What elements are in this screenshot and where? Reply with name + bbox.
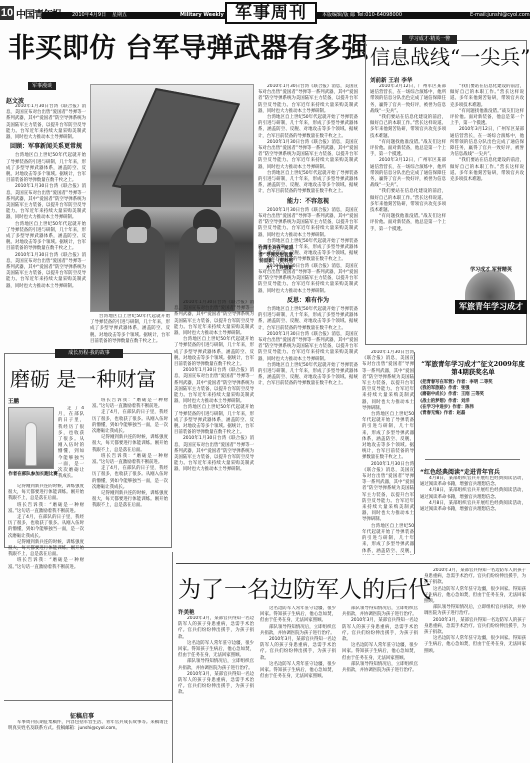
honor-list: “军旅青年学习成才”征文2009年度第4期获奖名单 《把青春写在军营》作者：李明… [418, 360, 528, 417]
lead-column-2: 台湾地区自上世纪50年代起就开始了导弹装备的引进与研制，几十年来，形成了多型导弹… [90, 314, 170, 344]
info-war-byline: 刘前新 王岩 李华 [370, 76, 412, 84]
lead-paragraph: 台湾地区自上世纪50年代起就开始了导弹装备的引进与研制，几十年来，形成了多型导弹… [258, 307, 358, 332]
honor-list-item: 《青春无悔》作者：赵磊 [418, 411, 528, 417]
column-divider [414, 352, 415, 554]
newspaper-page: 10 中国青年报 2010年4月9日 星期五 Military Weekly 军… [0, 0, 530, 763]
lead-paragraph: 2010年1月30日台湾《联合报》消息，美国宣布对台出售“爱国者”导弹等一系列武… [258, 264, 358, 295]
bottom-paragraph: 部队领导得知情况后，立即组织官兵捐款，并协调医院为孩子进行治疗。 [424, 605, 526, 617]
side-notice-paragraph: 4月8日，某部组织官兵开展红色经典阅读活动，通过阅读革命书籍，增强官兵理想信念。 [420, 476, 526, 488]
lead-kicker: 军事漫谈 [28, 82, 56, 90]
hardship-column-1a: 走了4月，在部队的日子里，我经历了很多，也收获了很多。从刚入伍时的懵懂，到如今能… [58, 406, 84, 486]
paper-name: 中国青年报 [16, 6, 61, 21]
lead-paragraph: 2010年1月30日台湾《联合报》消息，美国宣布对台出售“爱国者”导弹等一系列武… [258, 208, 358, 239]
lead-paragraph: 2010年1月30日台湾《联合报》消息，美国宣布对台出售“爱国者”导弹等一系列武… [258, 332, 358, 363]
bottom-paragraph: 部队领导得知情况后，立即组织官兵捐款，并协调医院为孩子进行治疗。 [342, 606, 418, 618]
bottom-paragraph: 这名边防军人常年驻守边疆，很少回家。得知孩子生病后，他心急如焚，但由于任务在身，… [260, 606, 336, 625]
lead-paragraph: 2010年1月30日台湾《联合报》消息，美国宣布对台出售“爱国者”导弹等一系列武… [362, 462, 414, 524]
hardship-column-1b: 记得刚到新兵连的时候，训练强度很大，每天都要进行体能训练。刚开始我跟不上，总是落… [8, 484, 84, 679]
soldier-figure [179, 225, 235, 312]
hardship-paragraph: 班长告诉我：“磨砺是一种财富。”这句话一直激励着我不断前进。 [8, 503, 84, 515]
lead-paragraph: 台湾地区自上世纪50年代起就开始了导弹装备的引进与研制，几十年来，形成了多型导弹… [6, 153, 86, 184]
side-notice-paragraph: 4月8日，某部组织官兵开展红色经典阅读活动，通过阅读革命书籍，增强官兵理想信念。 [420, 501, 526, 513]
lead-section-header: 能力：不容忽视 [258, 199, 358, 205]
hardship-paragraph: 班长告诉我：“磨砺是一种财富。”这句话一直激励着我不断前进。 [8, 558, 84, 570]
bottom-paragraph: 2010年3月，某部官兵得知一名边防军人的孩子身患重病，急需手术治疗。官兵们纷纷… [178, 616, 254, 641]
hardship-tag: 成长历程·我的故事 [55, 349, 123, 358]
info-war-paragraph: “我们要站在信息化建设的前沿，做好自己的本职工作。”营长这样说道。多年来他刻苦钻… [450, 158, 524, 183]
lead-paragraph: 台湾地区自上世纪50年代起就开始了导弹装备的引进与研制，几十年来，形成了多型导弹… [6, 222, 86, 253]
lead-paragraph: 台湾地区自上世纪50年代起就开始了导弹装备的引进与研制，几十年来，形成了多型导弹… [90, 314, 170, 344]
bottom-paragraph: 部队领导得知情况后，立即组织官兵捐款，并协调医院为孩子进行治疗。 [260, 625, 336, 637]
bottom-story-byline: 许美艳 [178, 608, 195, 616]
runner-photo [8, 407, 54, 469]
hardship-paragraph: 走了4月，在部队的日子里，我经历了很多，也收获了很多。从刚入伍时的懵懂，到如今能… [92, 466, 168, 491]
info-war-paragraph: “有问题找他准没错。”战友们这样评价他。面对新装备，他总是第一个上手，第一个摸透… [370, 214, 446, 233]
lead-paragraph: 2010年1月30日台湾《联合报》消息，美国宣布对台出售“爱国者”导弹等一系列武… [6, 104, 86, 141]
bottom-paragraph: 部队领导得知情况后，立即组织官兵捐款，并协调医院为孩子进行治疗。 [342, 662, 418, 674]
info-war-paragraph: 2010年3月12日，广州军区某部通信营营长，在一场综合演练中，他所带领的信息分… [370, 158, 446, 189]
issue-weekday: 星期五 [112, 12, 127, 19]
lead-paragraph: 2010年1月30日台湾《联合报》消息，美国宣布对台出售“爱国者”导弹等一系列武… [6, 184, 86, 221]
lead-paragraph: 台湾地区自上世纪50年代起就开始了导弹装备的引进与研制，几十年来，形成了多型导弹… [258, 171, 358, 196]
hardship-paragraph: 记得刚到新兵连的时候，训练强度很大，每天都要进行体能训练。刚开始我跟不上，总是落… [8, 540, 84, 559]
lead-paragraph: 台湾地区自上世纪50年代起就开始了导弹装备的引进与研制，几十年来，形成了多型导弹… [174, 337, 254, 368]
badge-arc-text: 学习成才 军营精英 [455, 266, 527, 273]
contact-info: 本版编辑/版 邮 Tel:010-64098000 [322, 12, 402, 19]
honor-list-items: 《把青春写在军营》作者：李明 二等奖 《我的军旅路》作者：张强 《磨砺中成长》作… [418, 380, 528, 417]
hardship-paragraph: 记得刚到新兵连的时候，训练强度很大，每天都要进行体能训练。刚开始我跟不上，总是落… [8, 484, 84, 503]
bottom-column-2: 这名边防军人常年驻守边疆，很少回家。得知孩子生病后，他心急如焚，但由于任务在身，… [260, 606, 336, 761]
info-war-paragraph: “我们要站在信息化建设的前沿，做好自己的本职工作。”营长这样说道。多年来他刻苦钻… [370, 115, 446, 140]
info-war-paragraph: “有问题找他准没错。”战友们这样评价他。面对新装备，他总是第一个上手，第一个摸透… [370, 140, 446, 159]
bottom-paragraph: 这名边防军人常年驻守边疆，很少回家。得知孩子生病后，他心急如焚，但由于任务在身，… [342, 643, 418, 662]
lead-column-3: 2010年1月30日台湾《联合报》消息，美国宣布对台出售“爱国者”导弹等一系列武… [174, 300, 254, 560]
lead-paragraph: 2010年1月30日台湾《联合报》消息，美国宣布对台出售“爱国者”导弹等一系列武… [174, 436, 254, 473]
bottom-paragraph: 这名边防军人常年驻守边疆，很少回家。得知孩子生病后，他心急如焚，但由于任务在身，… [260, 662, 336, 681]
bottom-story-title: 为了一名边防军人的后代 [178, 575, 431, 605]
lead-paragraph: 2010年1月30日台湾《联合报》消息，美国宣布对台出售“爱国者”导弹等一系列武… [258, 140, 358, 171]
hardship-paragraph: 班长告诉我：“磨砺是一种财富。”这句话一直激励着我不断前进。 [92, 398, 168, 410]
column-divider [172, 552, 173, 763]
lead-paragraph: 2010年1月30日台湾《联合报》消息，美国宣布对台出售“爱国者”导弹等一系列武… [174, 300, 254, 337]
bottom-paragraph: 2010年3月，某部官兵得知一名边防军人的孩子身患重病，急需手术治疗。官兵们纷纷… [424, 618, 526, 637]
honor-list-title: “军旅青年学习成才”征文2009年度第4期获奖名单 [418, 360, 528, 376]
bottom-paragraph: 这名边防军人常年驻守边疆，很少回家。得知孩子生病后，他心急如焚，但由于任务在身，… [424, 587, 526, 606]
info-war-paragraph: “有问题找他准没错。”战友们这样评价他。面对新装备，他总是第一个上手，第一个摸透… [450, 109, 524, 128]
bottom-column-3: 部队领导得知情况后，立即组织官兵捐款，并协调医院为孩子进行治疗。 2010年3月… [342, 606, 418, 761]
bottom-paragraph: 2010年3月，某部官兵得知一名边防军人的孩子身患重病，急需手术治疗。官兵们纷纷… [178, 672, 254, 697]
runner-figure [25, 422, 37, 466]
info-war-paragraph: 2010年3月12日，广州军区某部通信营营长，在一场综合演练中，他所带领的信息分… [450, 127, 524, 158]
lead-section-header: 回顾：军事新闻关系更常规 [6, 144, 86, 150]
footer-notice-text: 军事周刊长期征集稿件，内容包括军营生活、青年官兵成长故事等。来稿请注明真实姓名及… [8, 720, 168, 732]
issue-date: 2010年4月9日 [72, 12, 106, 19]
bottom-paragraph: 这名边防军人常年驻守边疆，很少回家。得知孩子生病后，他心急如焚，但由于任务在身，… [424, 636, 526, 655]
lead-headline: 非买即仿 台军导弹武器有多强 [8, 32, 368, 66]
bottom-column-1: 2010年3月，某部官兵得知一名边防军人的孩子身患重病，急需手术治疗。官兵们纷纷… [178, 616, 254, 761]
lead-paragraph: 台湾地区自上世纪50年代起就开始了导弹装备的引进与研制，几十年来，形成了多型导弹… [362, 524, 414, 555]
badge-label: 军旅青年学习成才 [455, 300, 527, 314]
masthead: 10 中国青年报 2010年4月9日 星期五 Military Weekly 军… [0, 2, 530, 24]
side-notice-title: “红色经典阅读”走进青年官兵 [420, 467, 500, 476]
missile-launcher-photo [90, 84, 254, 312]
bottom-paragraph: 2010年3月，某部官兵得知一名边防军人的孩子身患重病，急需手术治疗。官兵们纷纷… [424, 568, 526, 587]
contact-email: E-mail:junshi@cyol.com [470, 12, 530, 19]
study-achievement-badge: 学习成才 军营精英 军旅青年学习成才 [455, 270, 527, 316]
side-notice-paragraph: 4月8日，某部组织官兵开展红色经典阅读活动，通过阅读革命书籍，增强官兵理想信念。 [420, 488, 526, 500]
lead-column-1: 2010年1月30日台湾《联合报》消息，美国宣布对台出售“爱国者”导弹等一系列武… [6, 104, 86, 344]
lead-paragraph: 2010年1月30日台湾《联合报》消息，美国宣布对台出售“爱国者”导弹等一系列武… [174, 368, 254, 405]
soldier-figure [109, 225, 165, 312]
runner-photo-caption: 作者在部队参加长跑比赛 [8, 472, 58, 478]
lead-column-4: 2010年1月30日台湾《联合报》消息，美国宣布对台出售“爱国者”导弹等一系列武… [258, 84, 358, 554]
hardship-paragraph: 记得刚到新兵连的时候，训练强度很大，每天都要进行体能训练。刚开始我跟不上，总是落… [92, 491, 168, 510]
page-number: 10 [0, 6, 14, 20]
info-war-title: 信息战线“一尖兵” [370, 44, 530, 70]
lead-column-5: 2010年1月30日台湾《联合报》消息，美国宣布对台出售“爱国者”导弹等一系列武… [362, 350, 414, 555]
lead-paragraph: 台湾地区自上世纪50年代起就开始了导弹装备的引进与研制，几十年来，形成了多型导弹… [258, 363, 358, 388]
lead-paragraph: 2010年1月30日台湾《联合报》消息，美国宣布对台出售“爱国者”导弹等一系列武… [362, 350, 414, 412]
hardship-column-2: 班长告诉我：“磨砺是一种财富。”这句话一直激励着我不断前进。 走了4月，在部队的… [92, 398, 168, 682]
side-notice-body: 4月8日，某部组织官兵开展红色经典阅读活动，通过阅读革命书籍，增强官兵理想信念。… [420, 476, 526, 554]
info-war-paragraph: 2010年3月12日，广州军区某部通信营营长，在一场综合演练中，他所带领的信息分… [370, 84, 446, 115]
section-title: 军事周刊 [225, 2, 317, 24]
hardship-byline: 王鹏 [8, 397, 19, 405]
lead-paragraph: 台湾地区自上世纪50年代起就开始了导弹装备的引进与研制，几十年来，形成了多型导弹… [174, 405, 254, 436]
info-war-column-2: “我们要站在信息化建设的前沿，做好自己的本职工作。”营长这样说道。多年来他刻苦钻… [450, 84, 524, 266]
list-divider [425, 459, 520, 460]
hardship-paragraph: 走了4月，在部队的日子里，我经历了很多，也收获了很多。从刚入伍时的懵懂，到如今能… [58, 406, 84, 480]
hardship-paragraph: 班长告诉我：“磨砺是一种财富。”这句话一直激励着我不断前进。 [92, 454, 168, 466]
launcher-base-shape [121, 185, 221, 207]
bottom-paragraph: 2010年3月，某部官兵得知一名边防军人的孩子身患重病，急需手术治疗。官兵们纷纷… [260, 637, 336, 662]
lead-paragraph: 台湾地区自上世纪50年代起就开始了导弹装备的引进与研制，几十年来，形成了多型导弹… [258, 239, 358, 264]
footer-divider [4, 700, 172, 701]
hardship-title: 磨砺 是一种财富 [10, 366, 156, 392]
lead-section-header: 反思：难有作为 [258, 298, 358, 304]
bottom-paragraph: 部队领导得知情况后，立即组织官兵捐款，并协调医院为孩子进行治疗。 [178, 659, 254, 671]
bottom-story-rule [176, 563, 530, 564]
info-war-paragraph: “我们要站在信息化建设的前沿，做好自己的本职工作。”营长这样说道。多年来他刻苦钻… [370, 189, 446, 214]
info-war-tag: 学习成才·精英一瞥 [402, 35, 457, 44]
lead-paragraph: 2010年1月30日台湾《联合报》消息，美国宣布对台出售“爱国者”导弹等一系列武… [258, 84, 358, 115]
bottom-paragraph: 这名边防军人常年驻守边疆，很少回家。得知孩子生病后，他心急如焚，但由于任务在身，… [178, 641, 254, 660]
bottom-paragraph: 2010年3月，某部官兵得知一名边防军人的孩子身患重病，急需手术治疗。官兵们纷纷… [342, 618, 418, 643]
info-war-paragraph: “我们要站在信息化建设的前沿，做好自己的本职工作。”营长这样说道。多年来他刻苦钻… [450, 84, 524, 109]
lead-paragraph: 台湾地区自上世纪50年代起就开始了导弹装备的引进与研制，几十年来，形成了多型导弹… [258, 115, 358, 140]
info-war-column-1: 2010年3月12日，广州军区某部通信营营长，在一场综合演练中，他所带领的信息分… [370, 84, 446, 340]
english-title: Military Weekly [180, 12, 224, 19]
lead-paragraph: 台湾地区自上世纪50年代起就开始了导弹装备的引进与研制，几十年来，形成了多型导弹… [362, 412, 414, 462]
lead-paragraph: 2010年1月30日台湾《联合报》消息，美国宣布对台出售“爱国者”导弹等一系列武… [6, 253, 86, 290]
hardship-paragraph: 记得刚到新兵连的时候，训练强度很大，每天都要进行体能训练。刚开始我跟不上，总是落… [92, 435, 168, 454]
footer-notice-body: 军事周刊长期征集稿件，内容包括军营生活、青年官兵成长故事等。来稿请注明真实姓名及… [8, 720, 168, 762]
footer-notice-title: 征稿启事 [70, 711, 94, 720]
hardship-paragraph: 走了4月，在部队的日子里，我经历了很多，也收获了很多。从刚入伍时的懵懂，到如今能… [92, 410, 168, 435]
hardship-paragraph: 走了4月，在部队的日子里，我经历了很多，也收获了很多。从刚入伍时的懵懂，到如今能… [8, 515, 84, 540]
bottom-column-4: 2010年3月，某部官兵得知一名边防军人的孩子身患重病，急需手术治疗。官兵们纷纷… [424, 568, 526, 761]
